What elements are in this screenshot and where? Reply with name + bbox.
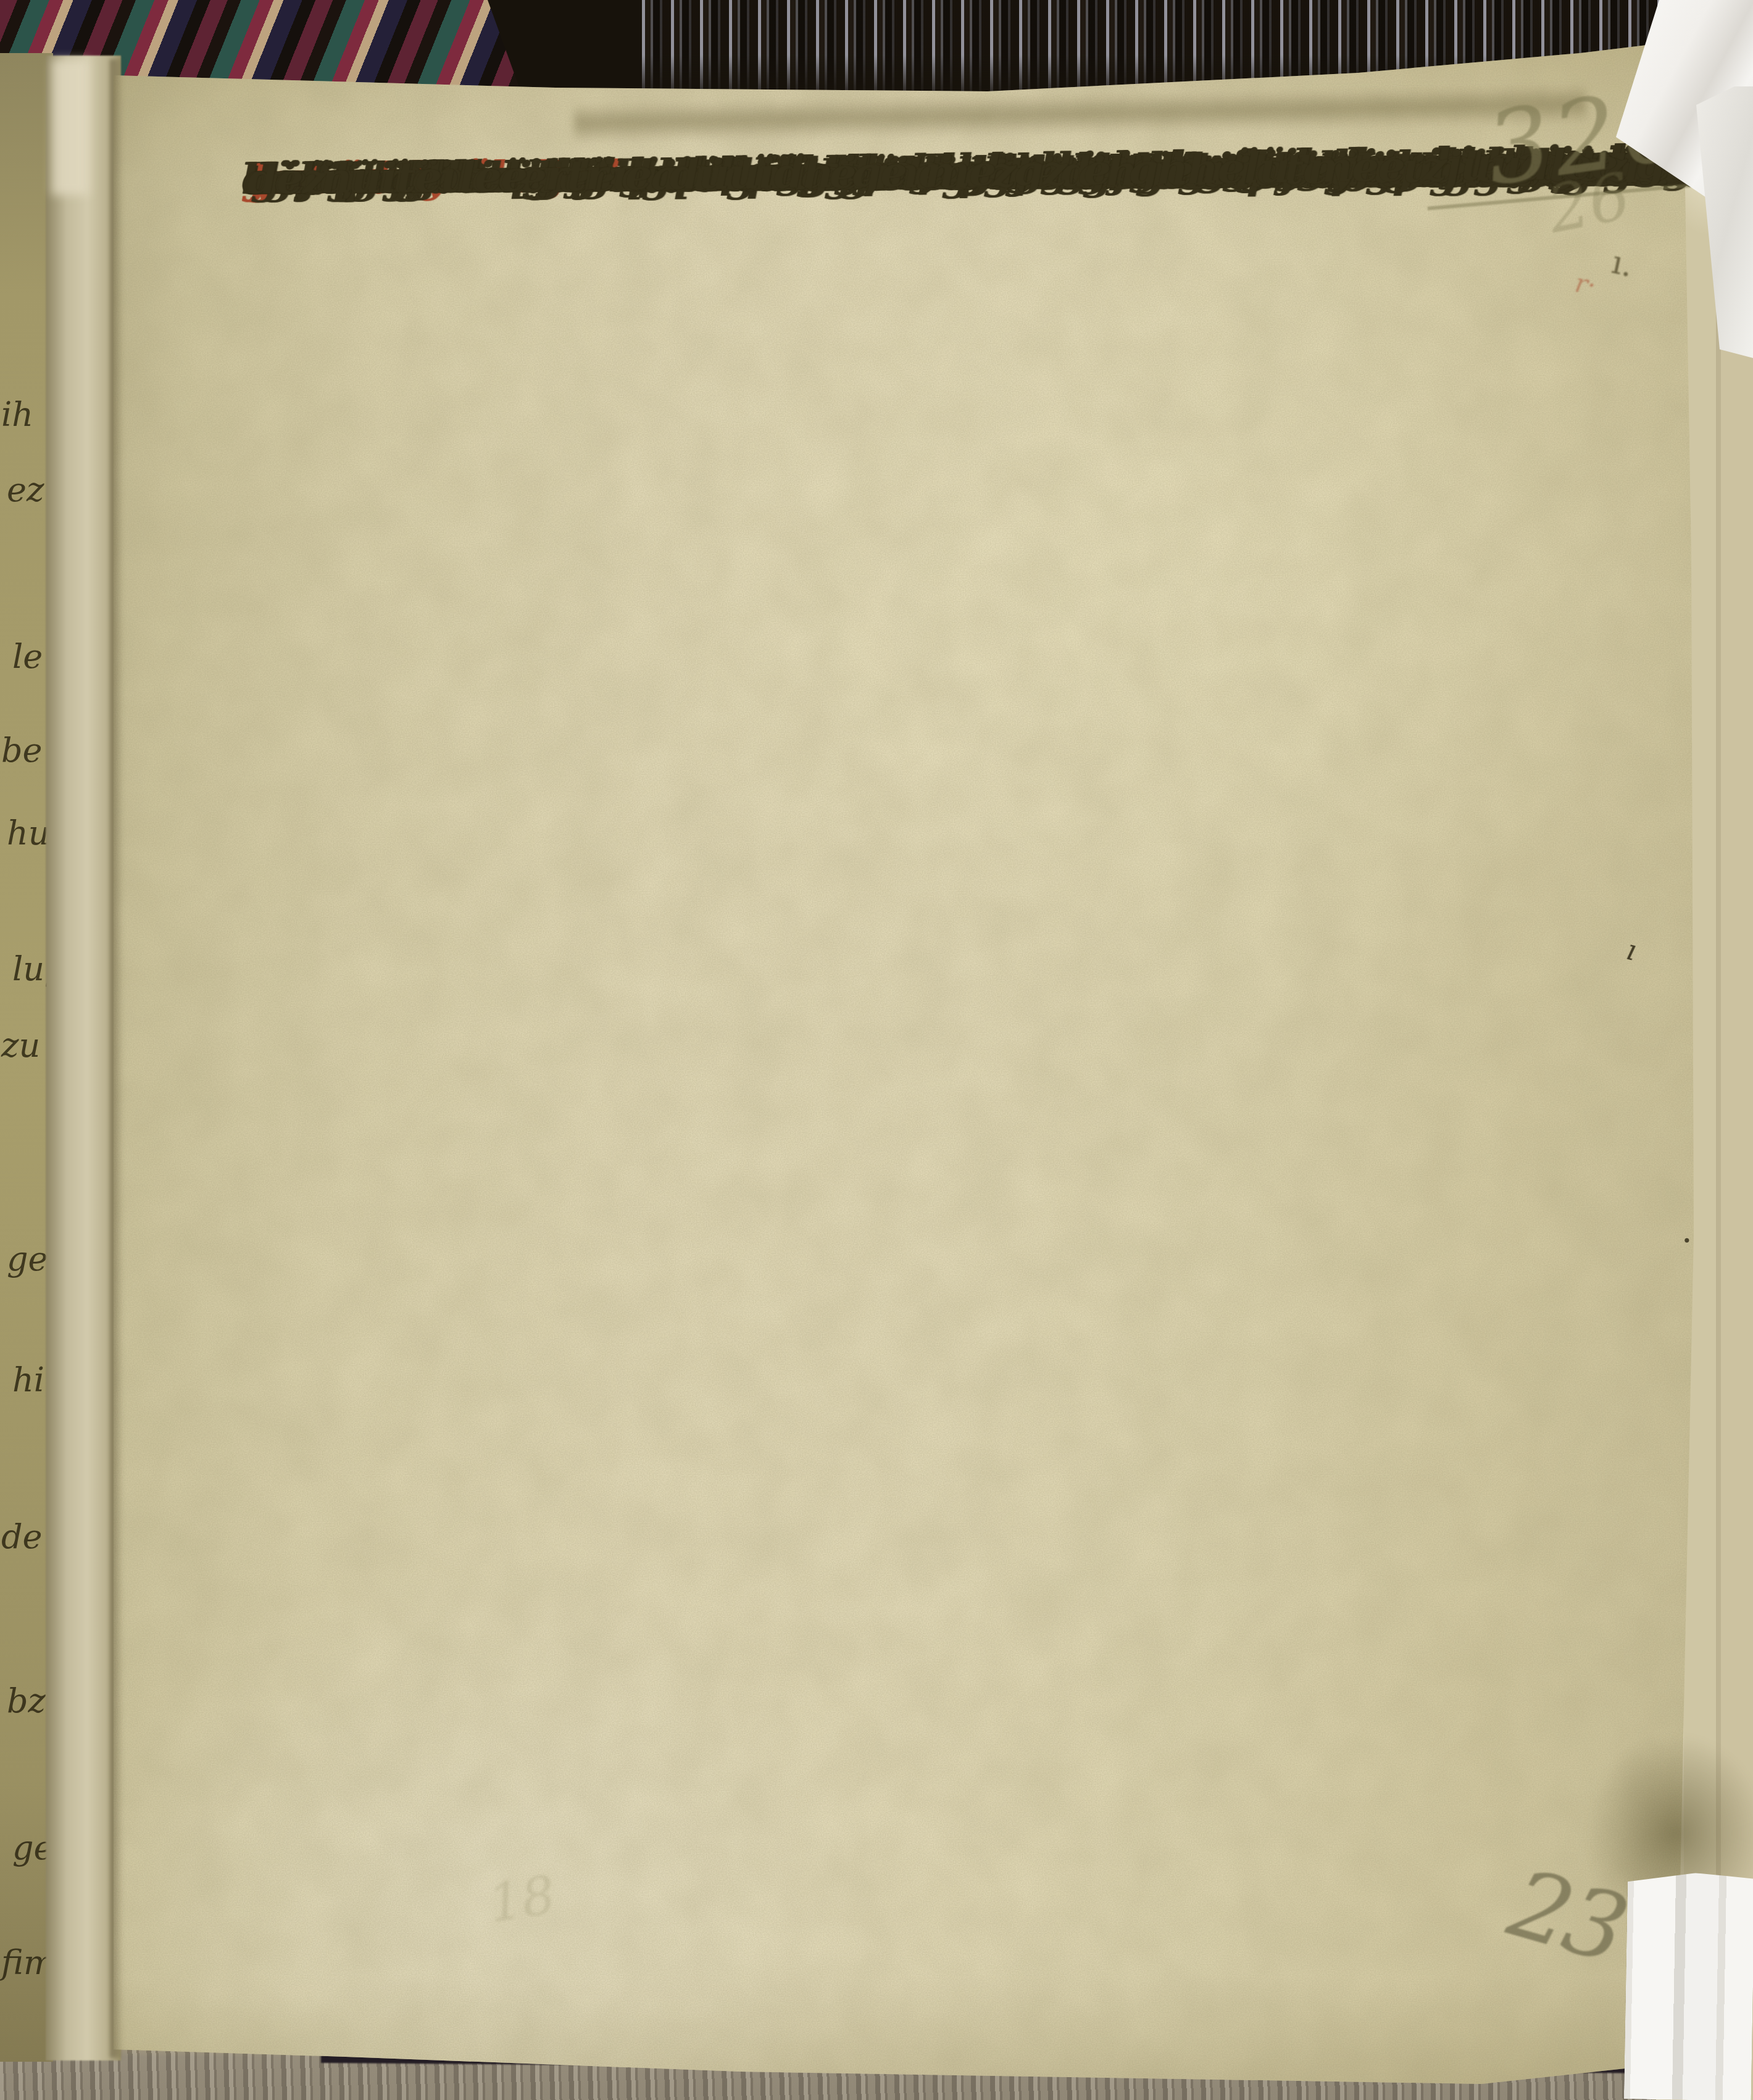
folio-number-echo: 26 (1542, 158, 1636, 248)
facing-page-text-fragment: ez (7, 470, 44, 509)
facing-page-text-fragment: bz (7, 1681, 46, 1720)
facing-page-text-fragment: hi (12, 1360, 44, 1399)
facing-page-text-fragment: ih (1, 395, 33, 434)
manuscript-photo: ihezlebehulugzugehidebzgefim capuz ei dz… (0, 0, 1753, 2100)
facing-page-text-fragment: ge (7, 1240, 48, 1278)
archival-tab-bottom-right (1624, 1872, 1753, 2100)
facing-page-text-fragment: de (1, 1517, 43, 1556)
manuscript-line: de nuite lee rtr e duuidh ge me gz e ghh… (247, 149, 248, 209)
manuscript-line: huuh dilu uz de equdeelee meegJuudlee di… (241, 149, 242, 210)
gutter-shadow (110, 59, 123, 2058)
gutter-highlight (52, 59, 89, 195)
bottom-center-faint-number: 18 (485, 1864, 559, 1935)
facing-page-text-fragment: hu (7, 814, 50, 852)
parchment-page (0, 0, 1753, 2100)
facing-page-text-fragment: le (12, 637, 43, 676)
manuscript-line: düzgegü · de eruuz erdü de euihp dilu uz… (243, 149, 244, 210)
facing-page-text-fragment: zu (1, 1026, 40, 1065)
facing-page-text-fragment: be (1, 731, 43, 770)
right-margin-ink-dot: · (1681, 1221, 1693, 1261)
manuscript-line: de quite lee rtr dauidh ge me gz e ghhel… (245, 149, 246, 210)
